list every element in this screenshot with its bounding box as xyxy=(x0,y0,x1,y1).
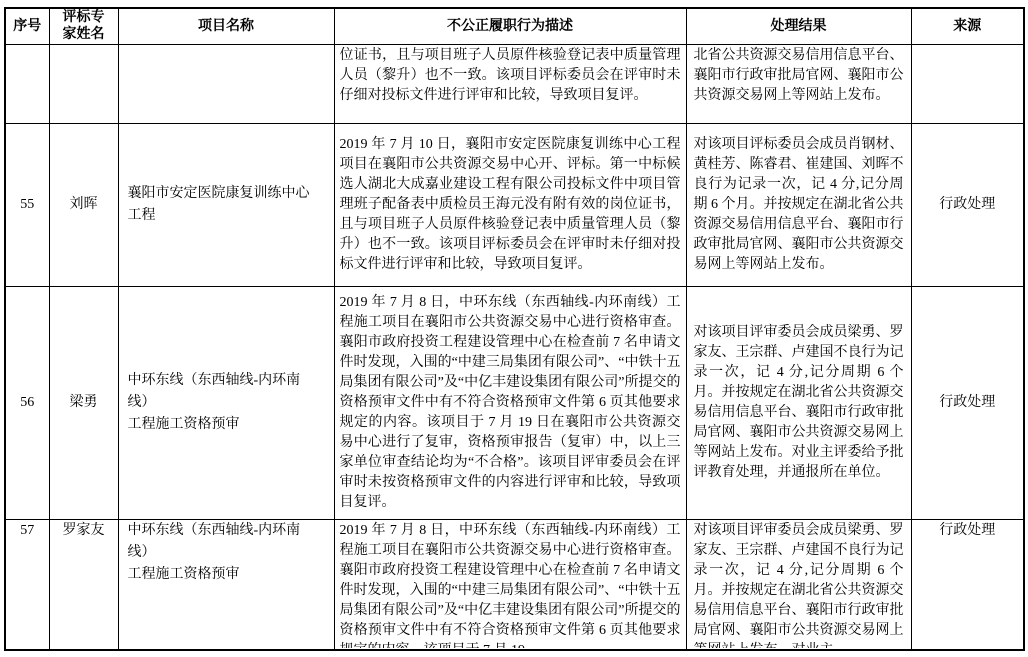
table-row-55: 55 刘晖 襄阳市安定医院康复训练中心 工程 2019 年 7 月 10 日，襄… xyxy=(5,123,1024,286)
table-row-56: 56 梁勇 中环东线（东西轴线-内环南线） 工程施工资格预审 2019 年 7 … xyxy=(5,286,1024,519)
expert-name-cell: 刘晖 xyxy=(49,123,118,286)
column-header-serial: 序号 xyxy=(5,8,49,44)
serial-cell: 56 xyxy=(5,286,49,519)
table-header: 序号 评标专 家姓名 项目名称 不公正履职行为描述 处理结果 来源 xyxy=(5,8,1024,44)
expert-name-cell: 罗家友 xyxy=(49,519,118,650)
project-cell xyxy=(118,44,334,123)
serial-cell: 55 xyxy=(5,123,49,286)
description-cell: 2019 年 7 月 10 日，襄阳市安定医院康复训练中心工程项目在襄阳市公共资… xyxy=(334,123,686,286)
table-row-57: 57 罗家友 中环东线（东西轴线-内环南线） 工程施工资格预审 2019 年 7… xyxy=(5,519,1024,650)
result-cell: 对该项目评审委员会成员梁勇、罗家友、王宗群、卢建国不良行为记录一次，记 4 分,… xyxy=(686,519,911,650)
source-cell: 行政处理 xyxy=(911,286,1024,519)
project-cell: 襄阳市安定医院康复训练中心 工程 xyxy=(118,123,334,286)
description-cell: 2019 年 7 月 8 日，中环东线（东西轴线-内环南线）工程施工项目在襄阳市… xyxy=(334,519,686,650)
serial-cell: 57 xyxy=(5,519,49,650)
clipped-text: 对该项目评审委员会成员梁勇、罗家友、王宗群、卢建国不良行为记录一次，记 4 分,… xyxy=(694,521,904,648)
expert-name-cell xyxy=(49,44,118,123)
result-cell: 北省公共资源交易信用信息平台、襄阳市行政审批局官网、襄阳市公共资源交易网上等网站… xyxy=(686,44,911,123)
column-header-expert-name: 评标专 家姓名 xyxy=(49,8,118,44)
column-header-project: 项目名称 xyxy=(118,8,334,44)
table-body: 位证书，且与项目班子人员原件核验登记表中质量管理人员（黎升）也不一致。该项目评标… xyxy=(5,44,1024,650)
expert-misconduct-table: 序号 评标专 家姓名 项目名称 不公正履职行为描述 处理结果 来源 位证书，且与… xyxy=(4,7,1025,651)
source-cell xyxy=(911,44,1024,123)
column-header-result: 处理结果 xyxy=(686,8,911,44)
expert-name-cell: 梁勇 xyxy=(49,286,118,519)
project-cell: 中环东线（东西轴线-内环南线） 工程施工资格预审 xyxy=(118,519,334,650)
column-header-description: 不公正履职行为描述 xyxy=(334,8,686,44)
header-row: 序号 评标专 家姓名 项目名称 不公正履职行为描述 处理结果 来源 xyxy=(5,8,1024,44)
column-header-source: 来源 xyxy=(911,8,1024,44)
result-cell: 对该项目评审委员会成员梁勇、罗家友、王宗群、卢建国不良行为记录一次，记 4 分,… xyxy=(686,286,911,519)
source-cell: 行政处理 xyxy=(911,123,1024,286)
description-cell: 位证书，且与项目班子人员原件核验登记表中质量管理人员（黎升）也不一致。该项目评标… xyxy=(334,44,686,123)
table-row-continuation: 位证书，且与项目班子人员原件核验登记表中质量管理人员（黎升）也不一致。该项目评标… xyxy=(5,44,1024,123)
project-cell: 中环东线（东西轴线-内环南线） 工程施工资格预审 xyxy=(118,286,334,519)
clipped-text: 2019 年 7 月 8 日，中环东线（东西轴线-内环南线）工程施工项目在襄阳市… xyxy=(340,521,681,648)
description-cell: 2019 年 7 月 8 日，中环东线（东西轴线-内环南线）工程施工项目在襄阳市… xyxy=(334,286,686,519)
serial-cell xyxy=(5,44,49,123)
result-cell: 对该项目评标委员会成员肖钢材、黄桂芳、陈睿君、崔建国、刘晖不良行为记录一次，记 … xyxy=(686,123,911,286)
source-cell: 行政处理 xyxy=(911,519,1024,650)
